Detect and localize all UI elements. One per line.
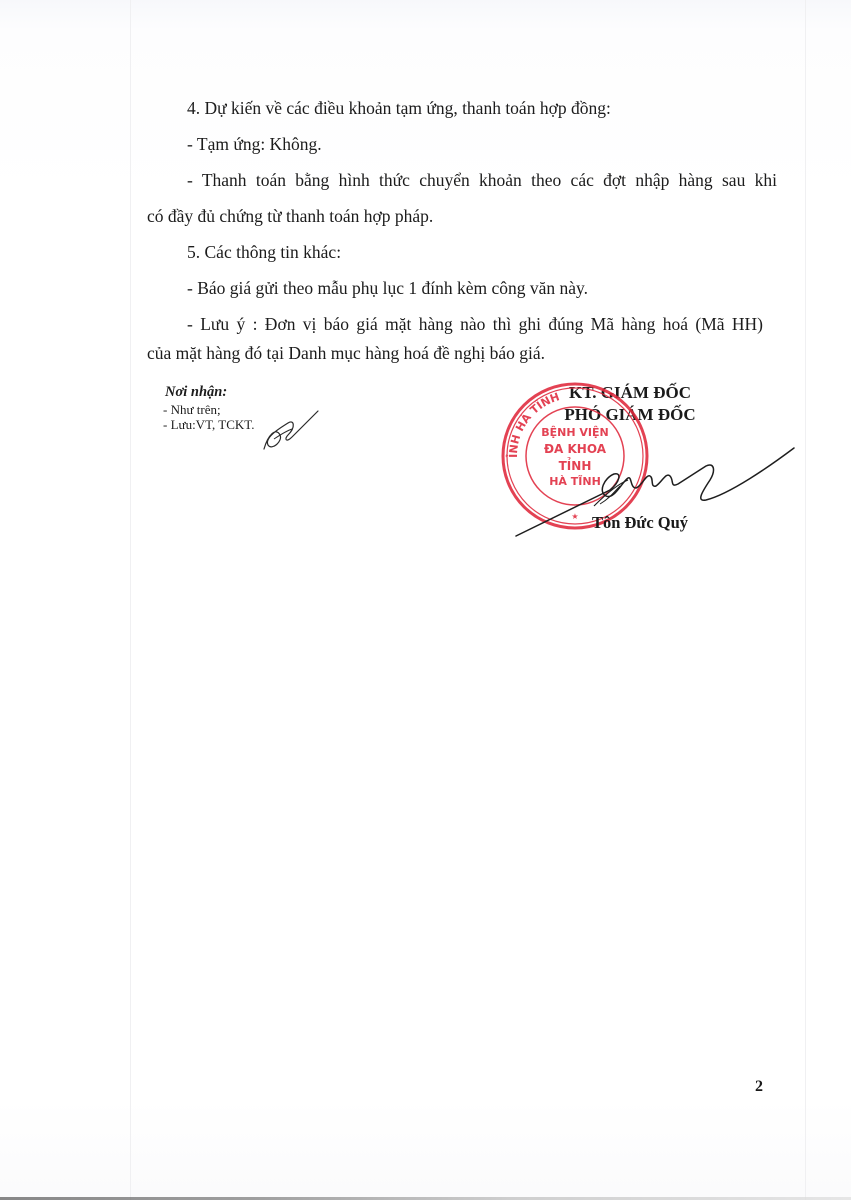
scan-artifact-line — [805, 0, 806, 1200]
page-number: 2 — [755, 1078, 763, 1096]
signer-name: Tôn Đức Quý — [530, 513, 750, 533]
initials-signature-icon — [258, 405, 328, 455]
recipient-item: - Lưu:VT, TCKT. — [163, 417, 255, 433]
section-5-heading: 5. Các thông tin khác: — [187, 241, 341, 263]
recipients-block: Nơi nhận: - Như trên; - Lưu:VT, TCKT. — [163, 385, 255, 433]
section-4-advance-payment: - Tạm ứng: Không. — [187, 133, 322, 155]
section-4-heading: 4. Dự kiến về các điều khoản tạm ứng, th… — [187, 97, 611, 119]
section-5-note: - Lưu ý : Đơn vị báo giá mặt hàng nào th… — [187, 313, 763, 335]
recipients-title: Nơi nhận: — [165, 385, 255, 401]
section-4-payment-method-cont: có đầy đủ chứng từ thanh toán hợp pháp. — [147, 205, 433, 227]
section-5-quote-template: - Báo giá gửi theo mẫu phụ lục 1 đính kè… — [187, 277, 588, 299]
recipient-item: - Như trên; — [163, 402, 255, 418]
scan-artifact-line — [130, 0, 131, 1200]
section-5-note-cont: của mặt hàng đó tại Danh mục hàng hoá đề… — [147, 342, 545, 364]
document-page: 4. Dự kiến về các điều khoản tạm ứng, th… — [0, 0, 851, 1200]
section-4-payment-method: - Thanh toán bằng hình thức chuyển khoản… — [187, 169, 777, 191]
